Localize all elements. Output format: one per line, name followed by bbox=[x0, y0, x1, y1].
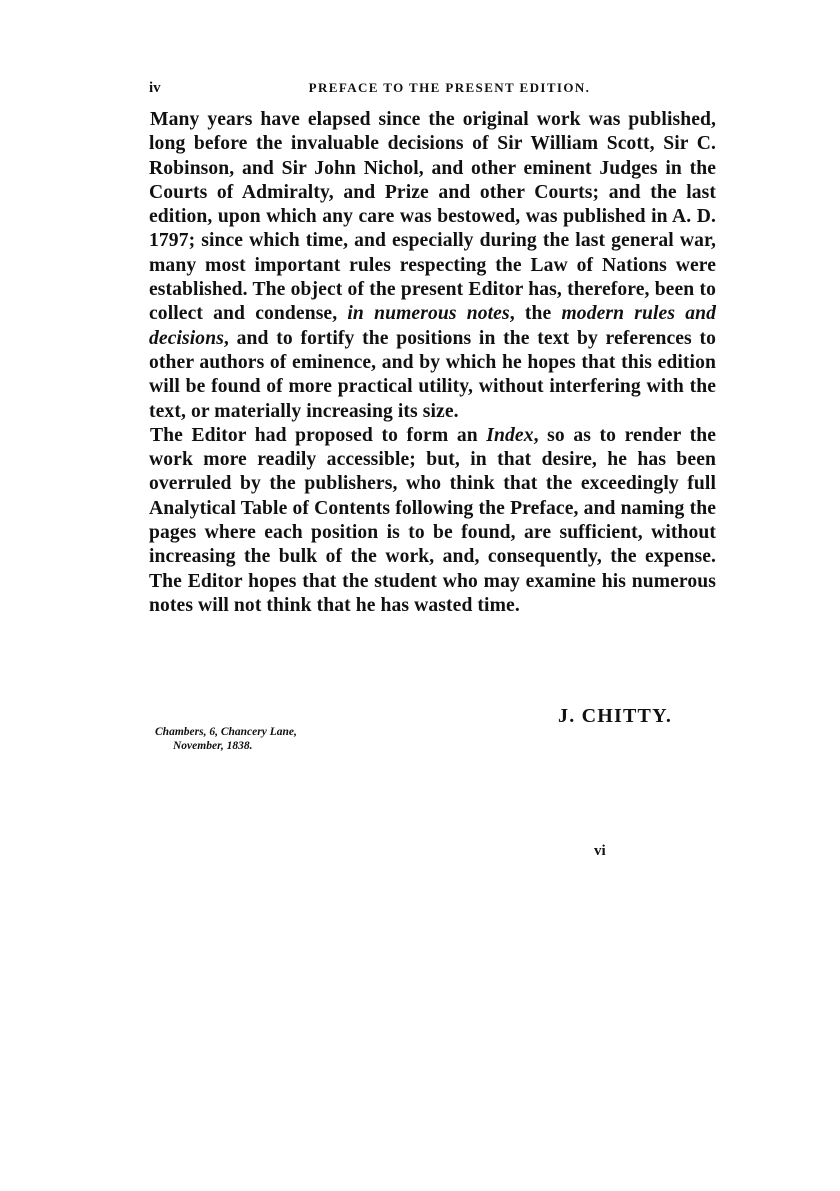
text-segment: The Editor had proposed to form an bbox=[150, 425, 486, 446]
text-segment: , so as to render the work more readily … bbox=[149, 425, 716, 616]
body-text: Many years have elapsed since the origin… bbox=[149, 108, 716, 618]
signature: J. CHITTY. bbox=[558, 705, 672, 728]
running-head: PREFACE TO THE PRESENT EDITION. bbox=[183, 80, 716, 96]
address-line-1: Chambers, 6, Chancery Lane, bbox=[155, 725, 297, 739]
italic-segment: in numerous notes bbox=[347, 303, 509, 324]
page-number-top: iv bbox=[149, 80, 161, 97]
text-segment: , and to fortify the positions in the te… bbox=[149, 328, 716, 422]
address: Chambers, 6, Chancery Lane, November, 18… bbox=[155, 725, 297, 753]
paragraph-1: Many years have elapsed since the origin… bbox=[149, 108, 716, 424]
page-number-bottom: vi bbox=[594, 843, 606, 860]
paragraph-2: The Editor had proposed to form an Index… bbox=[149, 424, 716, 618]
address-line-2: November, 1838. bbox=[155, 739, 297, 753]
text-segment: , the bbox=[510, 303, 562, 324]
italic-segment: Index bbox=[486, 425, 533, 446]
text-segment: Many years have elapsed since the origin… bbox=[149, 109, 716, 324]
